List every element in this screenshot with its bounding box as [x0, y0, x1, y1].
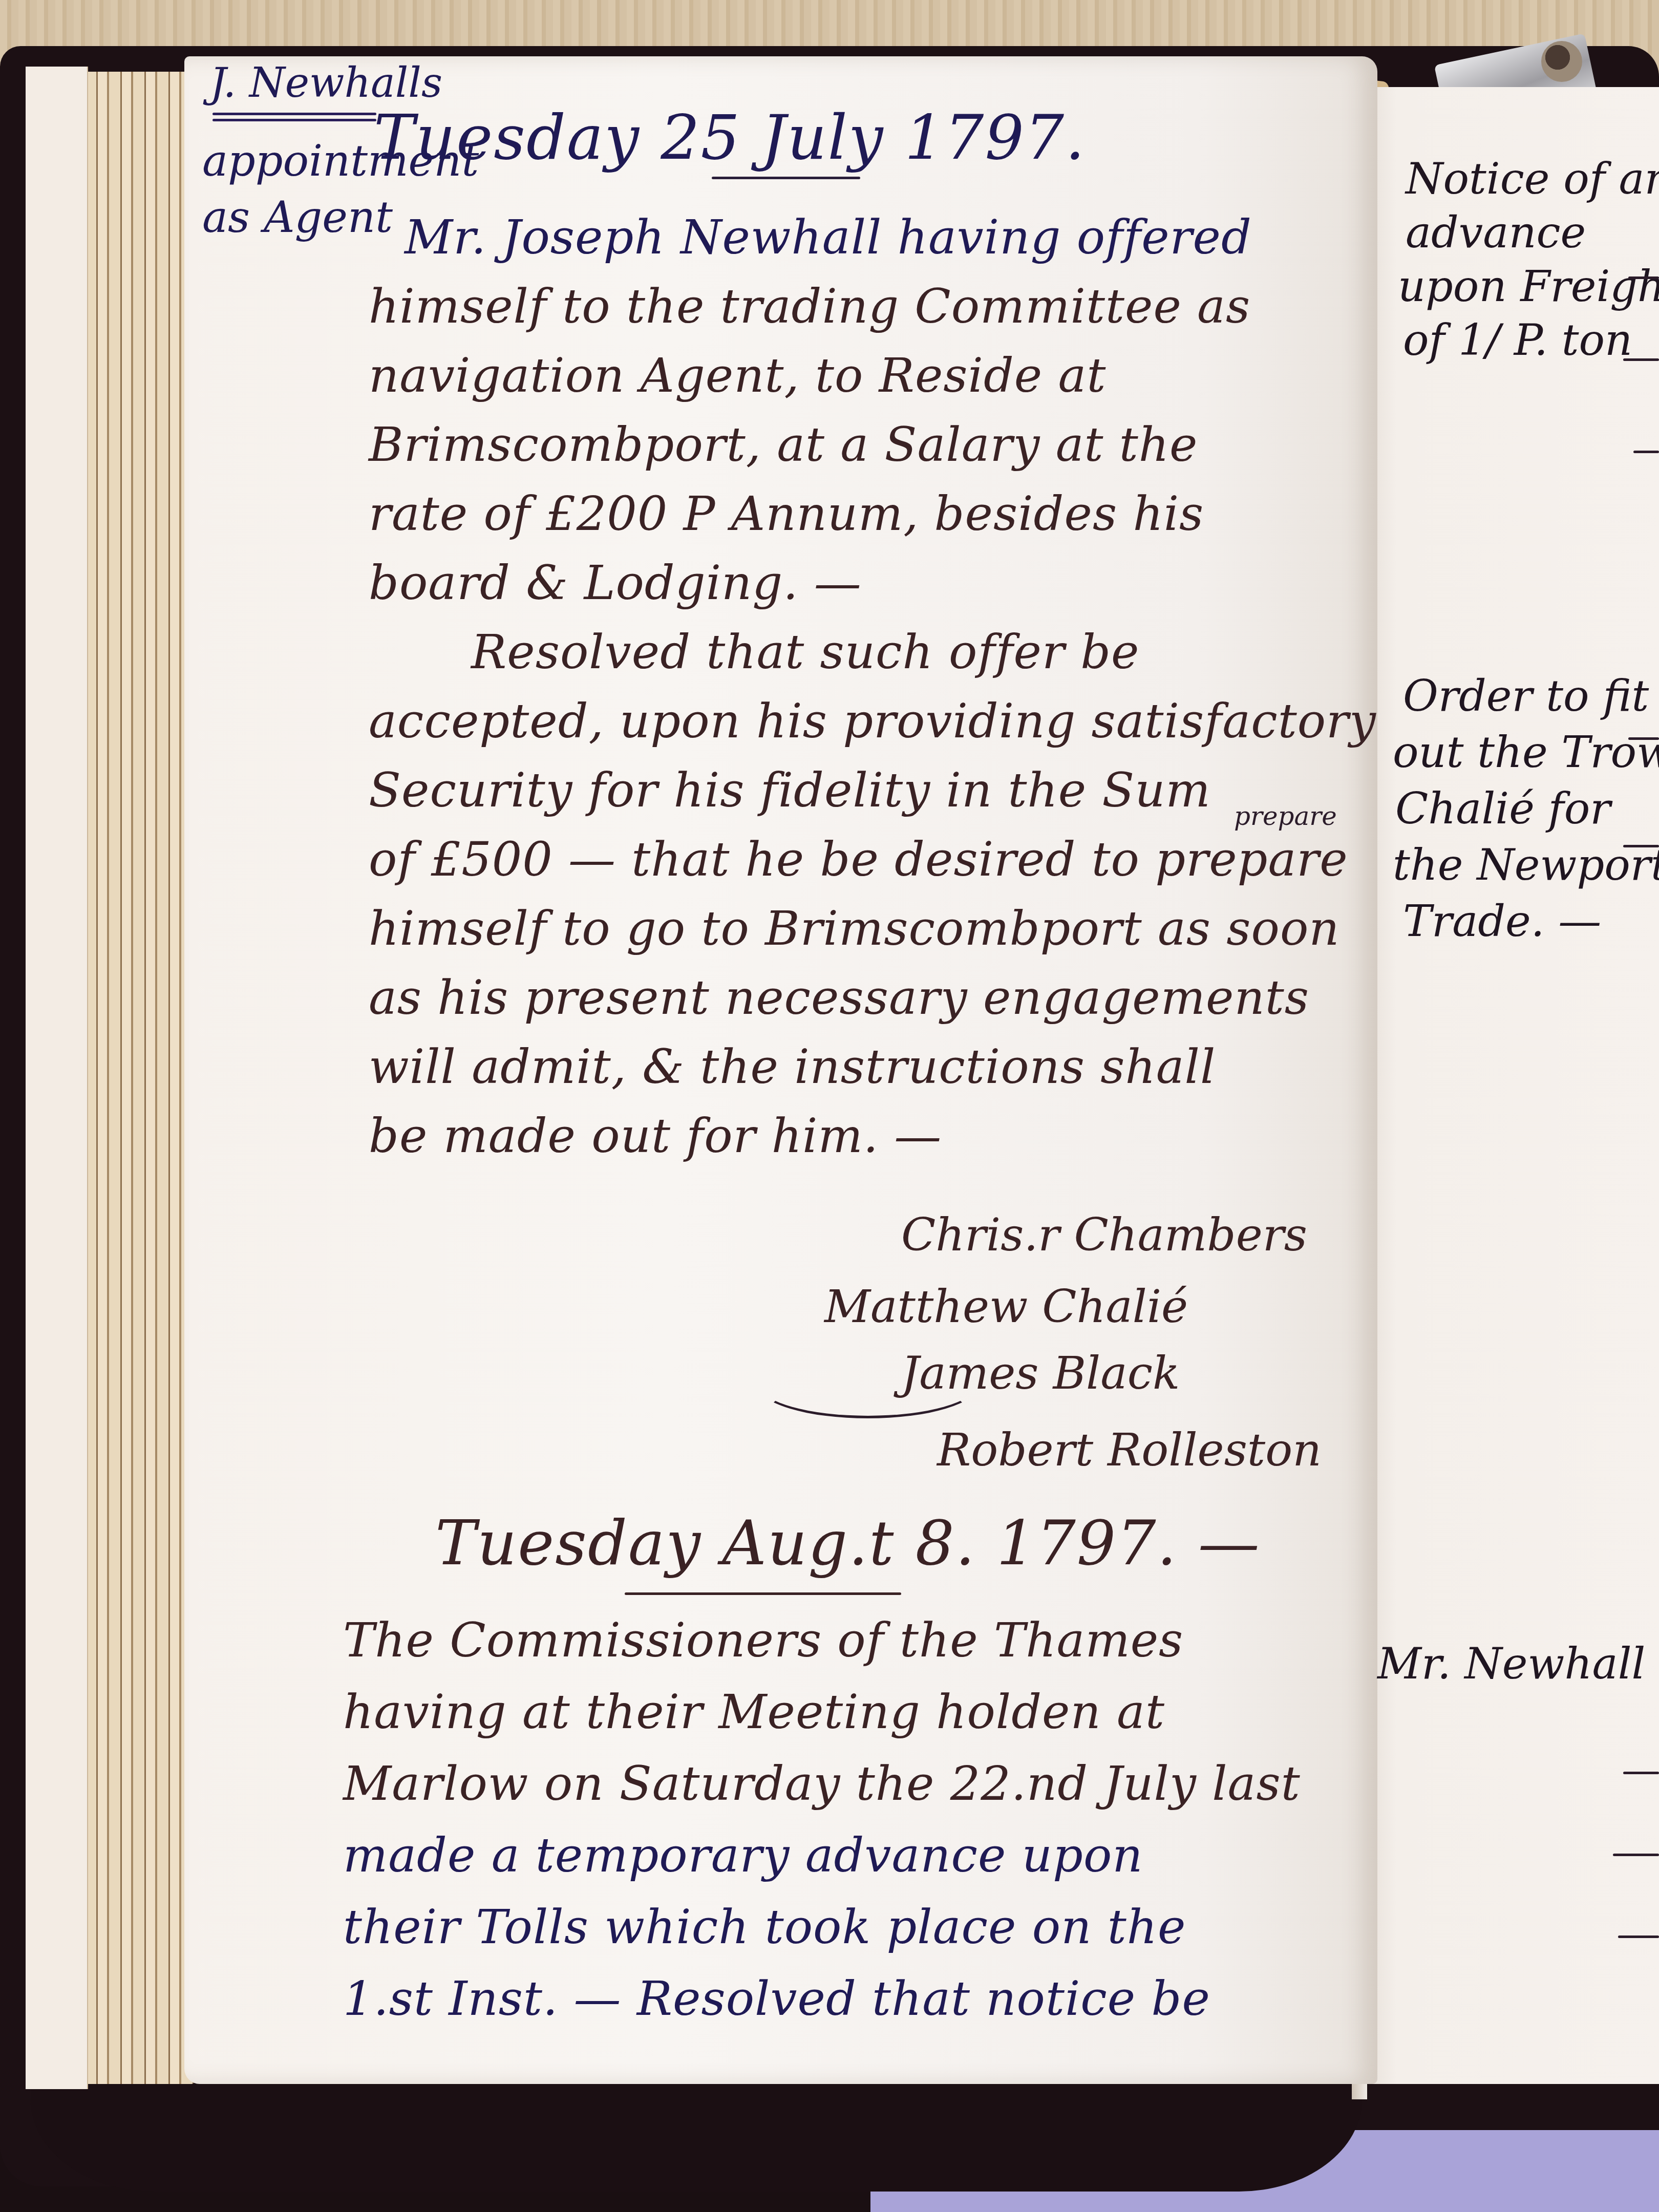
entry-line: Security for his fidelity in the Sum: [369, 763, 1211, 818]
entry-date-heading: Tuesday 25 July 1797.: [374, 102, 1086, 174]
signature: Matthew Chalié: [824, 1280, 1188, 1333]
signature: Chris.r Chambers: [901, 1208, 1307, 1261]
entry-line: will admit, & the instructions shall: [369, 1039, 1216, 1094]
cut-off-text-fragment: [1623, 1772, 1659, 1774]
margin-note-newhalls: J. Newhalls: [210, 59, 442, 107]
right-margin-note-line: Mr. Newhall: [1377, 1639, 1645, 1689]
clip-roll: [1541, 41, 1582, 82]
entry-line: The Commissioners of the Thames: [343, 1613, 1183, 1668]
entry-line: himself to the trading Committee as: [369, 279, 1250, 334]
entry-line: accepted, upon his providing satisfactor…: [369, 694, 1376, 749]
cut-off-text-fragment: [1613, 1854, 1659, 1856]
entry-line: be made out for him. —: [369, 1109, 942, 1163]
right-margin-note-line: the Newport: [1393, 840, 1659, 890]
entry-date-heading: Tuesday Aug.t 8. 1797. —: [435, 1508, 1261, 1579]
right-page: [1357, 87, 1659, 2084]
entry-line: navigation Agent, to Reside at: [369, 348, 1106, 403]
date-underline: [625, 1592, 901, 1595]
right-margin-note-line: Trade. —: [1403, 896, 1601, 946]
margin-note-underline: [212, 113, 376, 115]
right-margin-note-line: Notice of an: [1406, 154, 1659, 204]
right-margin-note-line: Order to fit: [1403, 671, 1649, 721]
loose-leaf: [26, 67, 88, 2089]
cut-off-text-fragment: [1633, 451, 1659, 453]
entry-line: himself to go to Brimscombport as soon: [369, 901, 1340, 956]
margin-note-as-agent: as Agent: [202, 192, 393, 242]
margin-note-underline-second: [212, 119, 376, 121]
right-margin-note-line: of 1/ P. ton: [1403, 315, 1632, 365]
cut-off-text-fragment: [1618, 1936, 1659, 1938]
entry-line: made a temporary advance upon: [343, 1828, 1143, 1883]
entry-line: Mr. Joseph Newhall having offered: [405, 210, 1252, 265]
cut-off-text-fragment: [1623, 358, 1659, 361]
signature: Robert Rolleston: [937, 1423, 1322, 1476]
entry-line: as his present necessary engagements: [369, 970, 1309, 1025]
right-margin-note-line: advance: [1406, 207, 1586, 258]
entry-line: 1.st Inst. — Resolved that notice be: [343, 1971, 1210, 2026]
right-margin-note-line: out the Trow: [1393, 727, 1659, 777]
cut-off-text-fragment: [1628, 276, 1659, 279]
entry-line: having at their Meeting holden at: [343, 1685, 1165, 1739]
right-margin-note-line: Chalié for: [1395, 783, 1610, 834]
entry-line: Resolved that such offer be: [471, 625, 1140, 679]
entry-line: Marlow on Saturday the 22.nd July last: [343, 1756, 1301, 1811]
date-underline: [712, 177, 860, 179]
entry-line: Brimscombport, at a Salary at the: [369, 417, 1198, 472]
entry-line: their Tolls which took place on the: [343, 1900, 1186, 1954]
cut-off-text-fragment: [1623, 845, 1659, 847]
entry-line: board & Lodging. —: [369, 556, 862, 610]
interlinear-correction: prepare: [1234, 801, 1337, 831]
signature-flourish: [758, 1352, 978, 1418]
entry-line: of £500 — that he be desired to prepare: [369, 832, 1348, 887]
cut-off-text-fragment: [1628, 737, 1659, 740]
right-margin-note-line: upon Freights: [1398, 261, 1659, 311]
entry-line: rate of £200 P Annum, besides his: [369, 486, 1204, 541]
